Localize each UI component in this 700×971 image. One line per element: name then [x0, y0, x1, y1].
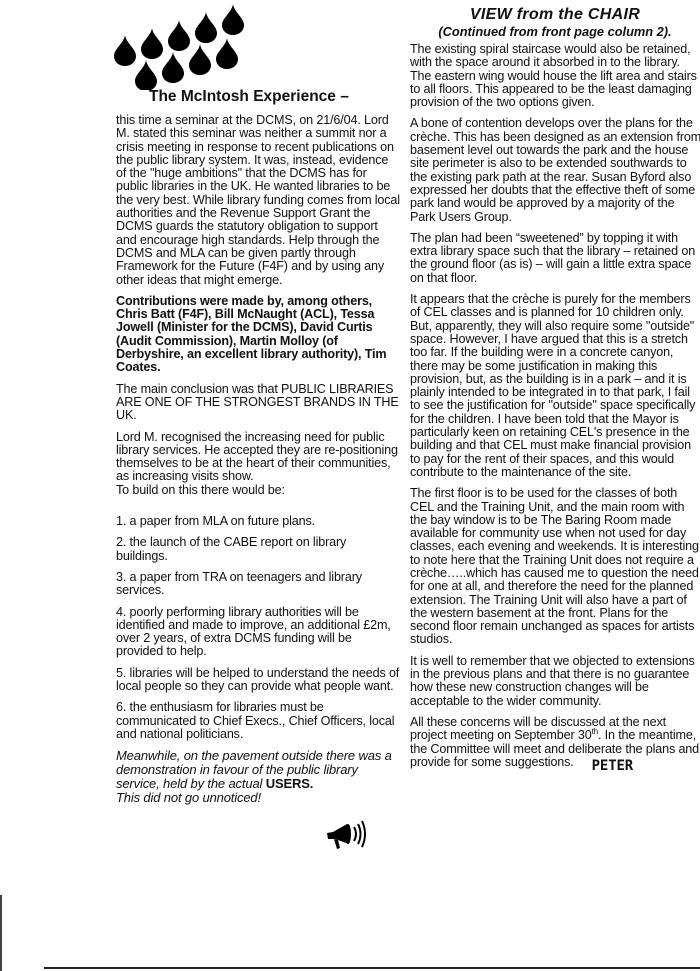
- paragraph: this time a seminar at the DCMS, on 21/6…: [116, 114, 400, 287]
- paragraph: Lord M. recognised the increasing need f…: [116, 431, 400, 484]
- paragraph: The plan had been “sweetened” by topping…: [410, 232, 700, 285]
- list-item: 1. a paper from MLA on future plans.: [116, 515, 400, 528]
- paragraph: The first floor is to be used for the cl…: [410, 487, 700, 647]
- raindrops-icon: [112, 2, 252, 90]
- left-article-title: The McIntosh Experience –: [149, 88, 349, 106]
- closing-text-2: This did not go unnoticed!: [116, 790, 261, 805]
- list-item: 5. libraries will be helped to understan…: [116, 667, 400, 694]
- users-emphasis: USERS.: [266, 776, 314, 791]
- closing-text: Meanwhile, on the pavement outside there…: [116, 748, 392, 791]
- paragraph: A bone of contention develops over the p…: [410, 117, 700, 223]
- newsletter-page: The McIntosh Experience – this time a se…: [0, 0, 700, 971]
- right-article-header: VIEW from the CHAIR (Continued from fron…: [410, 6, 700, 39]
- paragraph: The existing spiral staircase would also…: [410, 43, 700, 109]
- bottom-divider: [44, 967, 700, 969]
- list-item: 6. the enthusiasm for libraries must be …: [116, 701, 400, 741]
- closing-paragraph: Meanwhile, on the pavement outside there…: [116, 749, 400, 805]
- left-article-body: this time a seminar at the DCMS, on 21/6…: [116, 114, 400, 813]
- megaphone-icon: [325, 818, 369, 854]
- right-article-body: The existing spiral staircase would also…: [410, 43, 700, 777]
- paragraph: The main conclusion was that PUBLIC LIBR…: [116, 383, 400, 423]
- page-edge: [0, 895, 2, 971]
- list-item: 4. poorly performing library authorities…: [116, 606, 400, 659]
- author-signoff: PETER: [592, 758, 633, 774]
- contributors-paragraph: Contributions were made by, among others…: [116, 295, 400, 375]
- paragraph: To build on this there would be:: [116, 484, 400, 497]
- paragraph: It appears that the crèche is purely for…: [410, 293, 700, 479]
- right-article-title: VIEW from the CHAIR: [410, 6, 700, 24]
- paragraph: It is well to remember that we objected …: [410, 655, 700, 708]
- right-article-subtitle: (Continued from front page column 2).: [410, 24, 700, 39]
- list-item: 3. a paper from TRA on teenagers and lib…: [116, 571, 400, 598]
- list-item: 2. the launch of the CABE report on libr…: [116, 536, 400, 563]
- final-paragraph: All these concerns will be discussed at …: [410, 716, 700, 769]
